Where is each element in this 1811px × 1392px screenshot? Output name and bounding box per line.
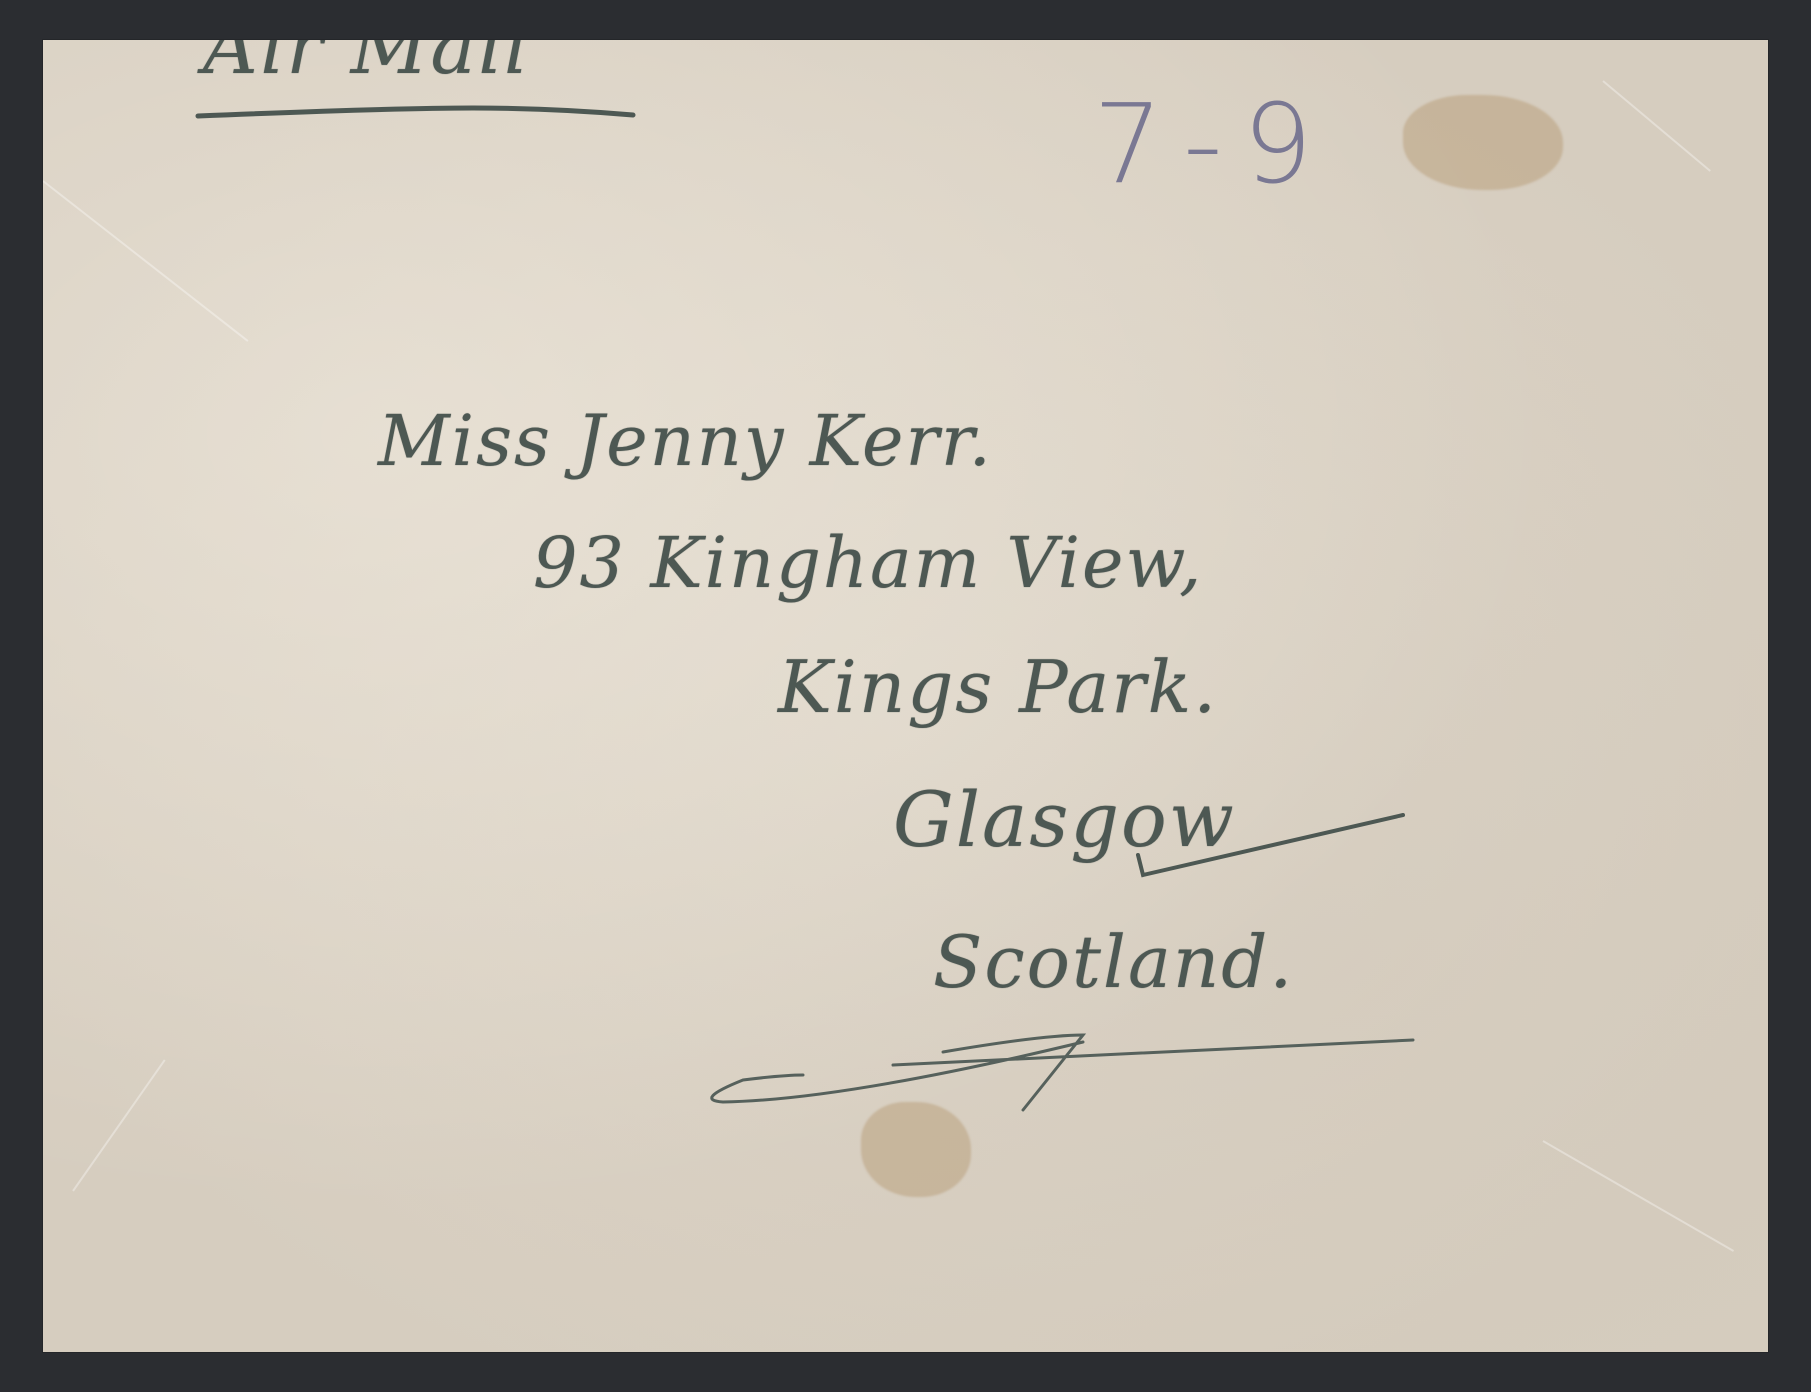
glasgow-underline <box>1138 815 1403 875</box>
ink-underlines <box>43 40 1768 1352</box>
air-mail-underline <box>198 108 633 116</box>
signature-flourish <box>712 1035 1413 1110</box>
envelope: Air Mail 7-9 Miss Jenny Kerr. 93 Kingham… <box>43 40 1768 1352</box>
